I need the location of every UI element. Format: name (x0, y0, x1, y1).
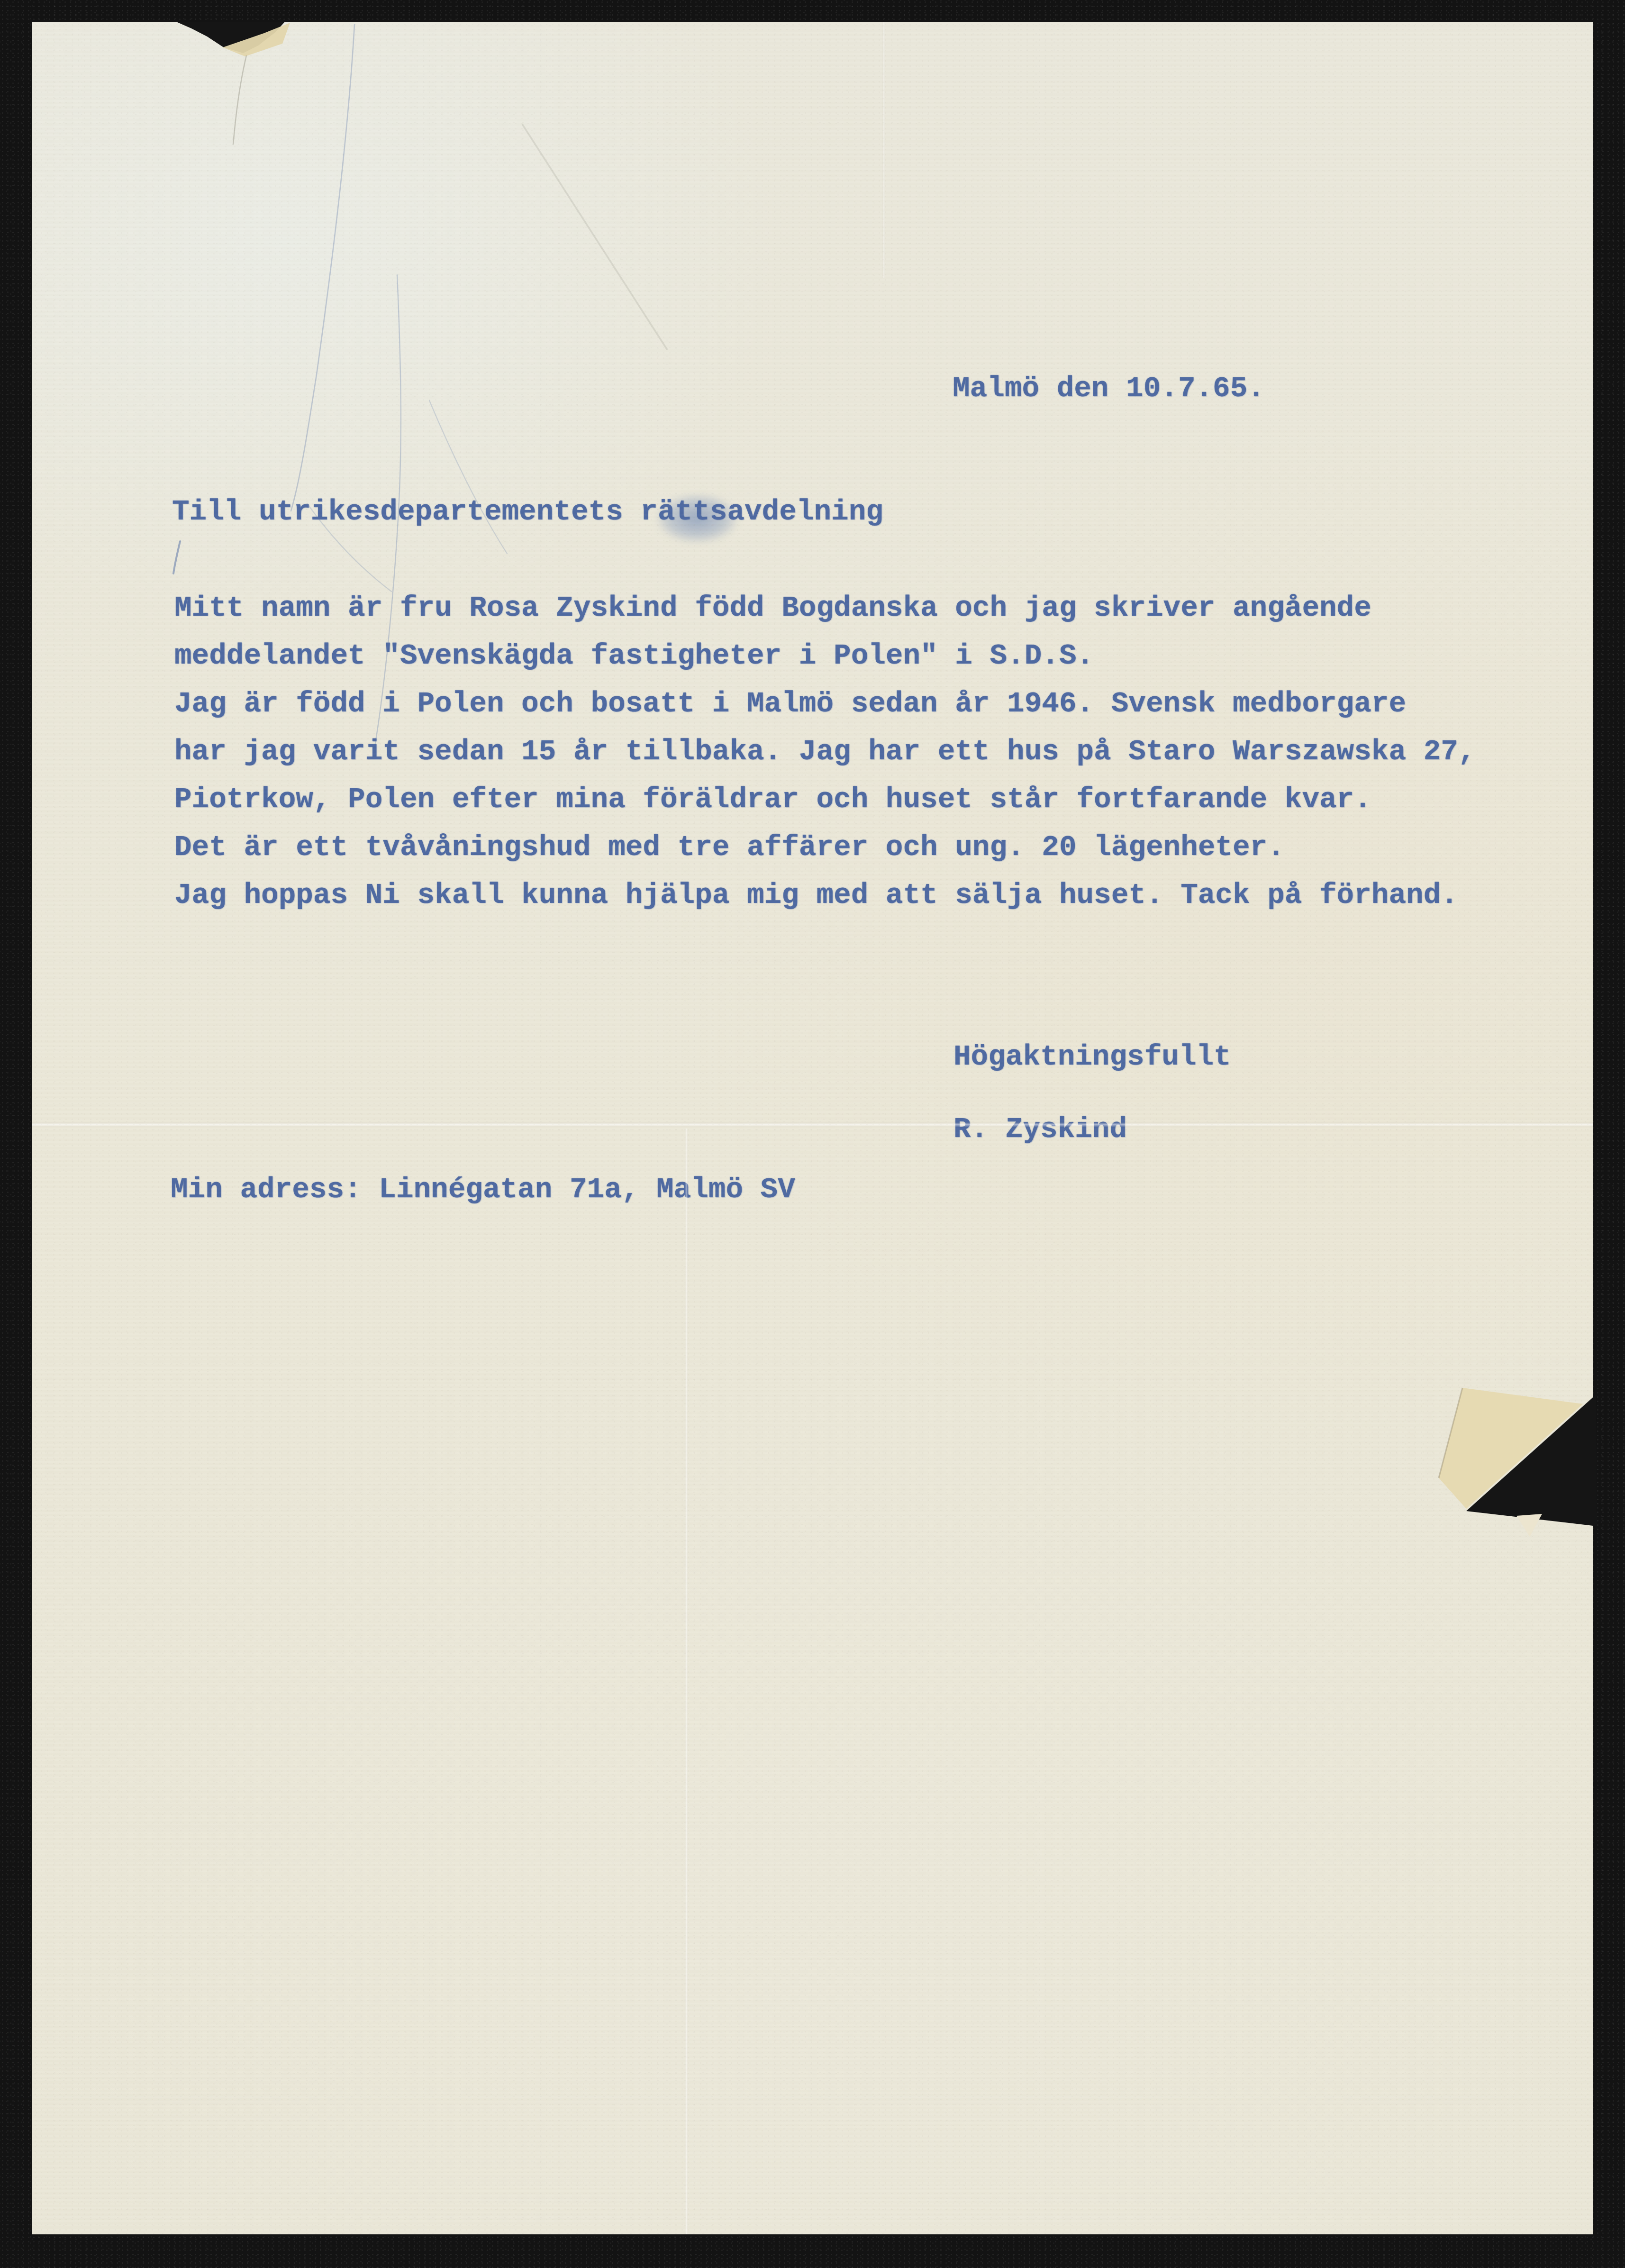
scan-background: { "colors": { "background": "#131313", "… (0, 0, 1625, 2268)
address-line: Min adress: Linnégatan 71a, Malmö SV (171, 1166, 795, 1214)
letter-body: Mitt namn är fru Rosa Zyskind född Bogda… (174, 584, 1475, 920)
body-line: Jag hoppas Ni skall kunna hjälpa mig med… (174, 872, 1475, 920)
body-line: meddelandet "Svenskägda fastigheter i Po… (174, 632, 1475, 680)
vertical-fold-crease-lower (685, 1129, 688, 2234)
letter-paper: Malmö den 10.7.65. Till utrikesdeparteme… (32, 22, 1593, 2234)
vertical-fold-crease-top (882, 22, 885, 278)
body-line: har jag varit sedan 15 år tillbaka. Jag … (174, 728, 1475, 776)
body-line: Piotrkow, Polen efter mina föräldrar och… (174, 776, 1475, 824)
body-line: Mitt namn är fru Rosa Zyskind född Bogda… (174, 584, 1475, 632)
salutation-line: Till utrikesdepartementets rättsavdelnin… (172, 488, 883, 536)
body-line: Det är ett tvåvåningshud med tre affärer… (174, 824, 1475, 872)
closing-line: Högaktningsfullt (953, 1033, 1231, 1081)
date-line: Malmö den 10.7.65. (953, 365, 1265, 413)
horizontal-fold-crease (32, 1122, 1593, 1127)
body-line: Jag är född i Polen och bosatt i Malmö s… (174, 680, 1475, 728)
signature-line: R. Zyskind (953, 1106, 1127, 1154)
